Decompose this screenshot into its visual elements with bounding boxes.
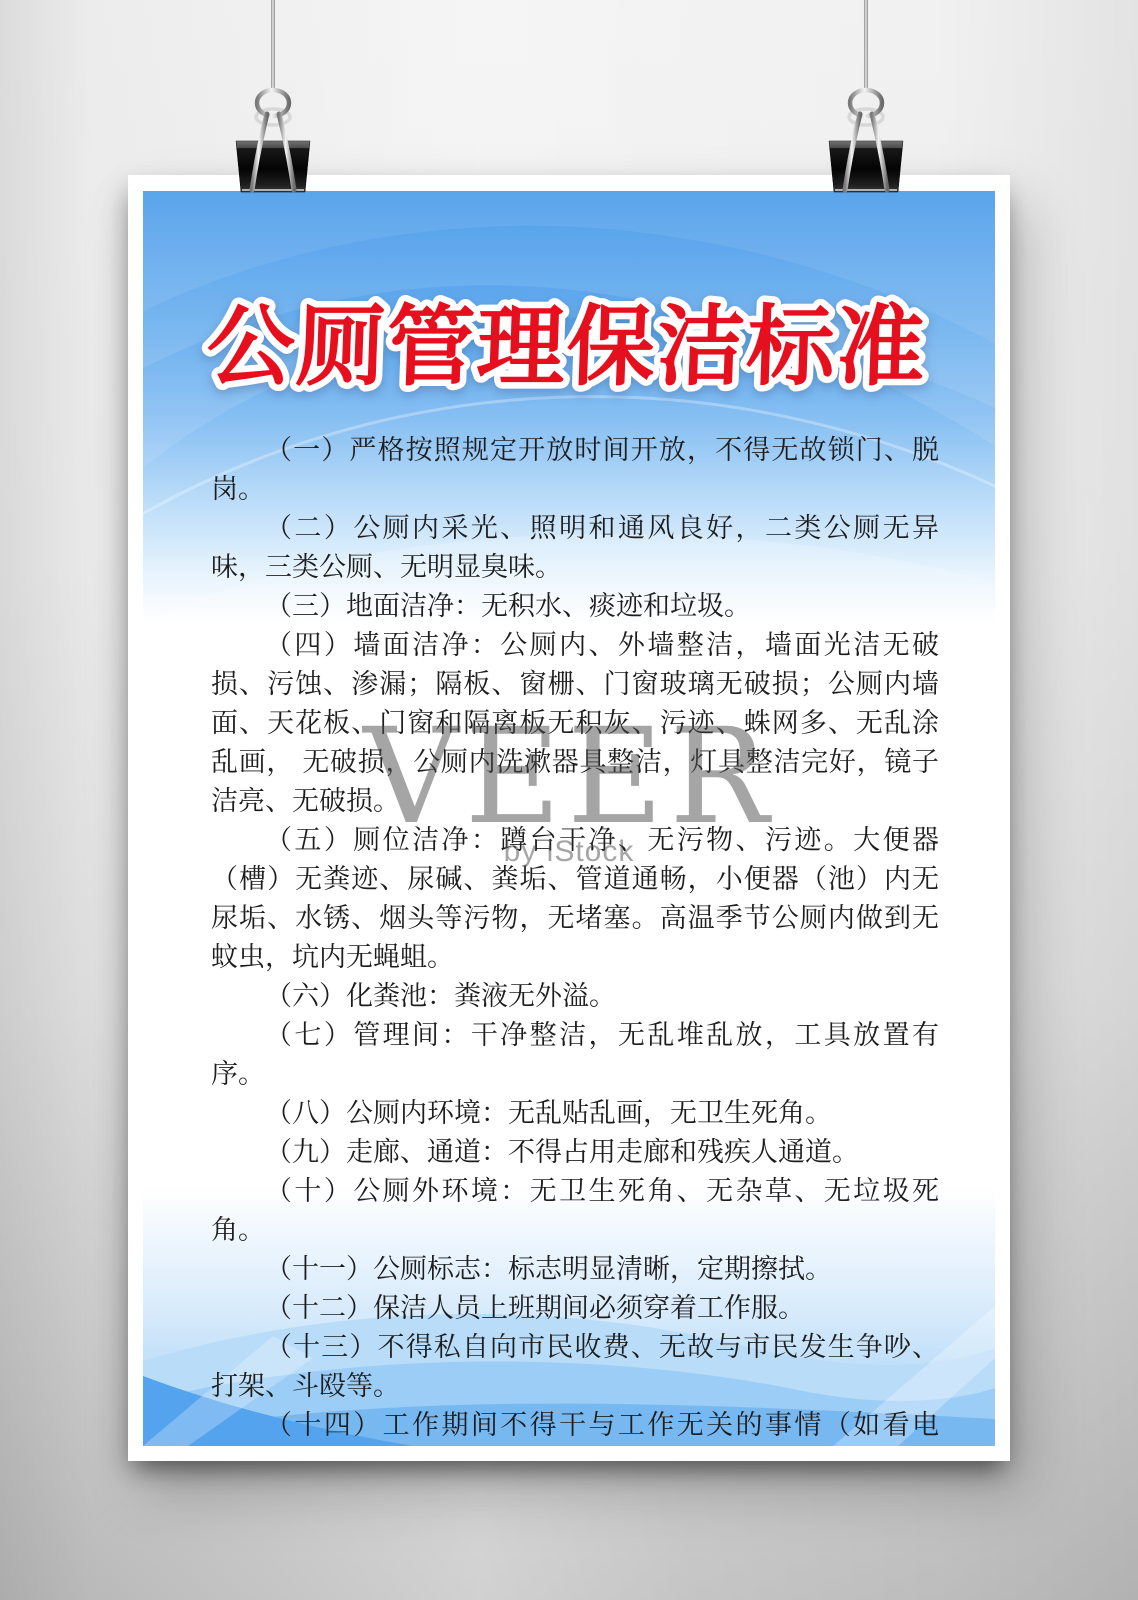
binder-clip-icon	[225, 84, 321, 196]
rule-item: （十四）工作期间不得干与工作无关的事情（如看电视、组织打扑克、打麻将等），未经允…	[211, 1406, 939, 1446]
poster-content: 公厕管理保洁标准 （一）严格按照规定开放时间开放，不得无故锁门、脱岗。 （二）公…	[143, 191, 995, 1446]
poster-title: 公厕管理保洁标准	[143, 283, 995, 405]
poster-title-text: 公厕管理保洁标准	[205, 297, 928, 396]
rules-list: （一）严格按照规定开放时间开放，不得无故锁门、脱岗。 （二）公厕内采光、照明和通…	[211, 431, 939, 1446]
binder-clip-icon	[818, 84, 914, 196]
watermark: VEER by iStock	[143, 711, 995, 869]
rule-item: （七）管理间：干净整洁，无乱堆乱放，工具放置有序。	[211, 1016, 939, 1094]
rule-item: （六）化粪池：粪液无外溢。	[211, 977, 939, 1016]
rule-item: （二）公厕内采光、照明和通风良好，二类公厕无异味，三类公厕、无明显臭味。	[211, 509, 939, 587]
hanging-string	[864, 0, 868, 92]
hanging-string	[271, 0, 275, 92]
rule-item: （三）地面洁净：无积水、痰迹和垃圾。	[211, 587, 939, 626]
poster-paper: 公厕管理保洁标准 （一）严格按照规定开放时间开放，不得无故锁门、脱岗。 （二）公…	[128, 175, 1010, 1461]
rule-item: （八）公厕内环境：无乱贴乱画，无卫生死角。	[211, 1094, 939, 1133]
rule-item: （一）严格按照规定开放时间开放，不得无故锁门、脱岗。	[211, 431, 939, 509]
watermark-brand: VEER	[143, 711, 995, 843]
watermark-byline: by iStock	[143, 835, 995, 869]
wall-background: 公厕管理保洁标准 （一）严格按照规定开放时间开放，不得无故锁门、脱岗。 （二）公…	[0, 0, 1138, 1600]
rule-item: （九）走廊、通道：不得占用走廊和残疾人通道。	[211, 1133, 939, 1172]
rule-item: （十一）公厕标志：标志明显清晰，定期擦拭。	[211, 1250, 939, 1289]
rule-item: （十二）保洁人员上班期间必须穿着工作服。	[211, 1289, 939, 1328]
rule-item: （十三）不得私自向市民收费、无故与市民发生争吵、打架、斗殴等。	[211, 1328, 939, 1406]
rule-item: （十）公厕外环境：无卫生死角、无杂草、无垃圾死角。	[211, 1172, 939, 1250]
